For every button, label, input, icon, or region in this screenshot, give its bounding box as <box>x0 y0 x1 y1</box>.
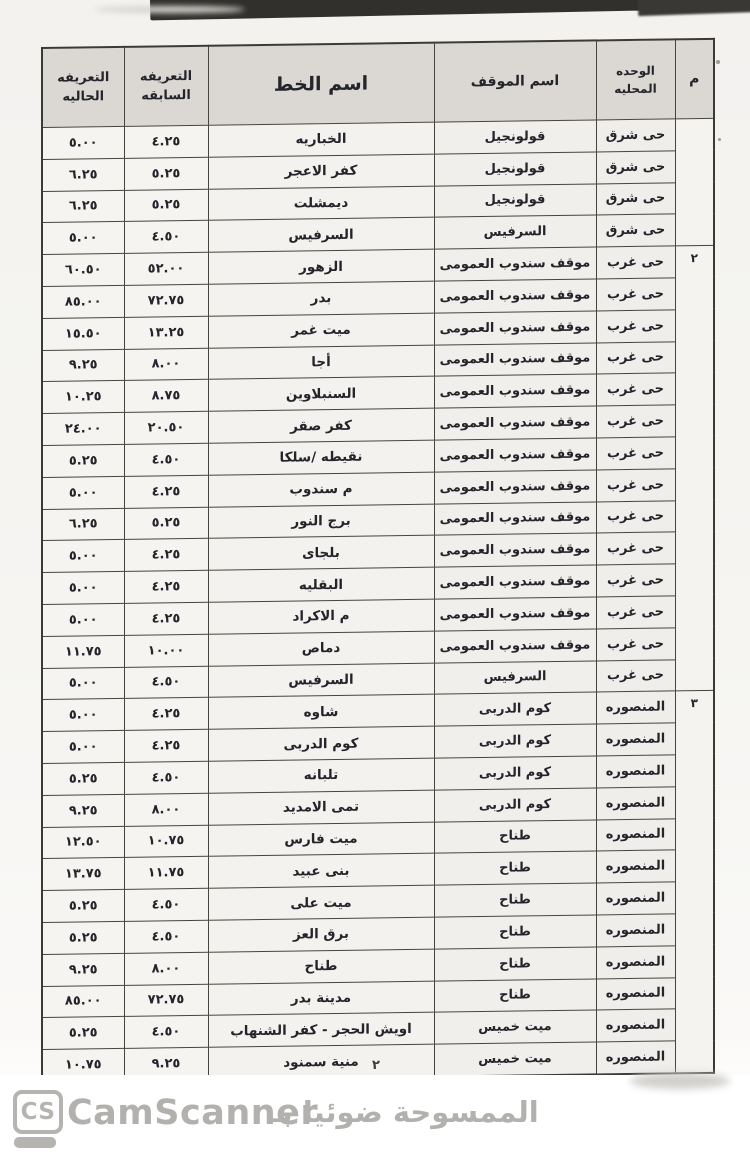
cell-stop-name: موقف سندوب العمومى <box>434 374 596 408</box>
cell-line-name: بلجاى <box>208 536 434 571</box>
cell-previous-tariff: ١١.٧٥ <box>124 857 208 890</box>
cell-local-unit: حى غرب <box>596 628 675 661</box>
cell-previous-tariff: ٤.٥٠ <box>124 888 208 921</box>
cell-stop-name: السرفيس <box>434 215 596 249</box>
cell-line-name: برق العز <box>208 917 434 952</box>
cell-stop-name: كوم الدربى <box>434 756 596 790</box>
cell-current-tariff: ٩.٢٥ <box>42 953 124 986</box>
cell-stop-name: طناح <box>434 851 596 885</box>
scan-smudge-top <box>95 6 245 13</box>
cell-local-unit: حى غرب <box>596 564 675 597</box>
cell-line-name: م سندوب <box>208 472 434 507</box>
cell-group-serial: ٣ <box>675 691 714 1074</box>
cell-local-unit: المنصوره <box>596 977 675 1010</box>
cell-previous-tariff: ١٠.٧٥ <box>124 825 208 858</box>
cell-stop-name: كوم الدربى <box>434 692 596 726</box>
cell-line-name: مدينة بدر <box>208 981 434 1016</box>
cell-current-tariff: ٦٠.٥٠ <box>42 254 124 287</box>
cell-stop-name: كوم الدربى <box>434 788 596 822</box>
cell-stop-name: موقف سندوب العمومى <box>434 565 596 599</box>
cell-line-name: بدر <box>208 281 434 316</box>
scanned-page: م الوحده المحليه اسم الموقف اسم الخط الت… <box>0 0 750 1152</box>
cell-previous-tariff: ٤.٢٥ <box>124 570 208 603</box>
cell-previous-tariff: ٤.٢٥ <box>124 475 208 508</box>
cell-current-tariff: ١٠.٢٥ <box>42 381 124 414</box>
cell-previous-tariff: ٤.٢٥ <box>124 698 208 731</box>
cell-line-name: ميت غمر <box>208 313 434 348</box>
header-stop-name: اسم الموقف <box>434 40 596 122</box>
cell-stop-name: موقف سندوب العمومى <box>434 470 596 504</box>
cell-previous-tariff: ٤.٥٠ <box>124 1016 208 1049</box>
header-line-name: اسم الخط <box>208 43 434 126</box>
cell-local-unit: حى شرق <box>596 214 675 247</box>
cell-current-tariff: ٦.٢٥ <box>42 158 124 191</box>
cell-current-tariff: ٥.٠٠ <box>42 476 124 509</box>
cell-stop-name: موقف سندوب العمومى <box>434 279 596 313</box>
watermark-arabic-text: الممسوحة ضوئيا بـ <box>272 1095 539 1129</box>
cell-current-tariff: ٥.٠٠ <box>42 731 124 764</box>
cell-previous-tariff: ٤.٥٠ <box>124 221 208 254</box>
cell-line-name: تمى الامديد <box>208 790 434 825</box>
cell-stop-name: موقف سندوب العمومى <box>434 629 596 663</box>
cell-line-name: دماص <box>208 631 434 666</box>
cell-stop-name: موقف سندوب العمومى <box>434 311 596 345</box>
cell-previous-tariff: ٥.٢٥ <box>124 507 208 540</box>
cell-local-unit: المنصوره <box>596 1041 675 1074</box>
cell-line-name: كفر صقر <box>208 408 434 443</box>
cell-current-tariff: ٦.٢٥ <box>42 190 124 223</box>
cell-local-unit: حى غرب <box>596 437 675 470</box>
cell-line-name: الزهور <box>208 249 434 284</box>
cell-line-name: ميت فارس <box>208 822 434 857</box>
cell-stop-name: ميت خميس <box>434 1042 596 1077</box>
cell-stop-name: كوم الدربى <box>434 724 596 758</box>
cell-line-name: كوم الدربى <box>208 726 434 761</box>
cell-stop-name: موقف سندوب العمومى <box>434 502 596 536</box>
cell-local-unit: حى غرب <box>596 659 675 692</box>
scanner-edge-corner <box>638 0 750 16</box>
header-serial: م <box>675 39 714 119</box>
cell-local-unit: حى غرب <box>596 469 675 502</box>
cell-current-tariff: ٥.٠٠ <box>42 603 124 636</box>
cell-stop-name: موقف سندوب العمومى <box>434 406 596 440</box>
cell-local-unit: حى غرب <box>596 596 675 629</box>
cell-local-unit: المنصوره <box>596 723 675 756</box>
cell-local-unit: المنصوره <box>596 946 675 979</box>
cell-line-name: السرفيس <box>208 218 434 253</box>
header-previous-tariff: التعريفه السابقه <box>124 46 208 127</box>
cell-local-unit: المنصوره <box>596 691 675 724</box>
scan-speck <box>716 60 720 64</box>
cell-current-tariff: ٥.٠٠ <box>42 126 124 159</box>
cell-stop-name: قولونجيل <box>434 184 596 218</box>
cell-line-name: ميت على <box>208 885 434 920</box>
cell-line-name: بنى عبيد <box>208 853 434 888</box>
cell-local-unit: المنصوره <box>596 1009 675 1042</box>
cell-previous-tariff: ٤.٢٥ <box>124 602 208 635</box>
page-number: ٢ <box>372 1058 380 1073</box>
scan-speck <box>718 138 721 141</box>
cell-current-tariff: ٥.٢٥ <box>42 921 124 954</box>
header-current-tariff: التعريفه الحاليه <box>42 47 124 128</box>
cell-current-tariff: ٢٤.٠٠ <box>42 413 124 446</box>
cell-line-name: كفر الاعجر <box>208 154 434 189</box>
cs-logo-box: CS <box>13 1090 63 1134</box>
cell-previous-tariff: ٥.٢٥ <box>124 157 208 190</box>
cs-logo-bar <box>14 1137 56 1148</box>
cell-local-unit: حى غرب <box>596 373 675 406</box>
cell-current-tariff: ٥.٠٠ <box>42 540 124 573</box>
cell-previous-tariff: ١٣.٢٥ <box>124 316 208 349</box>
cell-local-unit: المنصوره <box>596 755 675 788</box>
cell-local-unit: حى غرب <box>596 532 675 565</box>
cell-local-unit: المنصوره <box>596 914 675 947</box>
cell-stop-name: طناح <box>434 819 596 853</box>
cell-local-unit: حى غرب <box>596 246 675 279</box>
cell-current-tariff: ٥.٢٥ <box>42 1017 124 1050</box>
cell-current-tariff: ١٥.٥٠ <box>42 317 124 350</box>
scan-smudge-bottom <box>630 1073 730 1089</box>
cell-previous-tariff: ٤.٢٥ <box>124 125 208 158</box>
cell-current-tariff: ٩.٢٥ <box>42 794 124 827</box>
cell-stop-name: موقف سندوب العمومى <box>434 343 596 377</box>
cell-local-unit: حى غرب <box>596 341 675 374</box>
cell-stop-name: طناح <box>434 883 596 917</box>
cell-current-tariff: ٨٥.٠٠ <box>42 985 124 1018</box>
cell-stop-name: قولونجيل <box>434 152 596 186</box>
cell-local-unit: حى شرق <box>596 119 675 152</box>
cell-local-unit: حى غرب <box>596 310 675 343</box>
cell-current-tariff: ١٢.٥٠ <box>42 826 124 859</box>
camscanner-logo-icon: CS <box>13 1090 65 1148</box>
cell-line-name: الخباريه <box>208 122 434 157</box>
cell-previous-tariff: ٤.٢٥ <box>124 539 208 572</box>
cell-current-tariff: ٥.٠٠ <box>42 699 124 732</box>
cell-previous-tariff: ١٠.٠٠ <box>124 634 208 667</box>
cell-current-tariff: ٥.٢٥ <box>42 889 124 922</box>
cell-stop-name: طناح <box>434 978 596 1012</box>
cell-line-name: طناح <box>208 949 434 984</box>
camscanner-watermark-strip: CS CamScanner الممسوحة ضوئيا بـ <box>0 1075 750 1152</box>
cell-local-unit: حى شرق <box>596 151 675 184</box>
cell-previous-tariff: ٧٢.٧٥ <box>124 984 208 1017</box>
cell-stop-name: السرفيس <box>434 660 596 694</box>
cs-logo-text: CS <box>21 1099 56 1125</box>
cell-stop-name: طناح <box>434 947 596 981</box>
cell-current-tariff: ١١.٧٥ <box>42 635 124 668</box>
cell-line-name: برج النور <box>208 504 434 539</box>
cell-current-tariff: ٥.٢٥ <box>42 762 124 795</box>
cell-line-name: اويش الحجر - كفر الشنهاب <box>208 1012 434 1047</box>
cell-previous-tariff: ٤.٥٠ <box>124 920 208 953</box>
cell-stop-name: موقف سندوب العمومى <box>434 597 596 631</box>
cell-current-tariff: ٦.٢٥ <box>42 508 124 541</box>
cell-local-unit: المنصوره <box>596 882 675 915</box>
cell-current-tariff: ٥.٠٠ <box>42 667 124 700</box>
cell-local-unit: حى شرق <box>596 182 675 215</box>
cell-previous-tariff: ٥٢.٠٠ <box>124 252 208 285</box>
cell-current-tariff: ٥.٠٠ <box>42 572 124 605</box>
cell-local-unit: حى غرب <box>596 500 675 533</box>
tariff-table: م الوحده المحليه اسم الموقف اسم الخط الت… <box>41 38 715 1083</box>
cell-stop-name: قولونجيل <box>434 120 596 154</box>
cell-local-unit: حى غرب <box>596 278 675 311</box>
cell-previous-tariff: ٢٠.٥٠ <box>124 411 208 444</box>
cell-group-serial <box>675 118 714 246</box>
cell-current-tariff: ٥.٠٠ <box>42 222 124 255</box>
cell-line-name: السنبلاوين <box>208 377 434 412</box>
cell-stop-name: موقف سندوب العمومى <box>434 247 596 281</box>
table-header-row: م الوحده المحليه اسم الموقف اسم الخط الت… <box>42 39 714 128</box>
cell-previous-tariff: ٧٢.٧٥ <box>124 284 208 317</box>
cell-stop-name: ميت خميس <box>434 1010 596 1044</box>
cell-previous-tariff: ٨.٠٠ <box>124 348 208 381</box>
cell-line-name: تلبانه <box>208 758 434 793</box>
cell-current-tariff: ٥.٢٥ <box>42 444 124 477</box>
cell-line-name: البقليه <box>208 567 434 602</box>
tariff-table-wrapper: م الوحده المحليه اسم الموقف اسم الخط الت… <box>41 38 713 1083</box>
cell-local-unit: المنصوره <box>596 787 675 820</box>
cell-previous-tariff: ٤.٥٠ <box>124 761 208 794</box>
cell-line-name: شاوه <box>208 694 434 729</box>
cell-stop-name: موقف سندوب العمومى <box>434 533 596 567</box>
cell-local-unit: المنصوره <box>596 850 675 883</box>
cell-previous-tariff: ٨.٧٥ <box>124 380 208 413</box>
header-local-unit: الوحده المحليه <box>596 39 675 120</box>
cell-line-name: ديمشلت <box>208 186 434 221</box>
cell-line-name: أجا <box>208 345 434 380</box>
cell-previous-tariff: ٥.٢٥ <box>124 189 208 222</box>
cell-previous-tariff: ٤.٢٥ <box>124 729 208 762</box>
cell-line-name: السرفيس <box>208 663 434 698</box>
cell-previous-tariff: ٤.٥٠ <box>124 443 208 476</box>
cell-previous-tariff: ٨.٠٠ <box>124 793 208 826</box>
cell-group-serial: ٢ <box>675 246 714 692</box>
cell-current-tariff: ١٣.٧٥ <box>42 858 124 891</box>
cell-local-unit: حى غرب <box>596 405 675 438</box>
cell-previous-tariff: ٨.٠٠ <box>124 952 208 985</box>
cell-local-unit: المنصوره <box>596 818 675 851</box>
cell-current-tariff: ٨٥.٠٠ <box>42 285 124 318</box>
cell-line-name: نقيطه /سلكا <box>208 440 434 475</box>
cell-stop-name: طناح <box>434 915 596 949</box>
cell-stop-name: موقف سندوب العمومى <box>434 438 596 472</box>
cell-line-name: م الاكراد <box>208 599 434 634</box>
cell-previous-tariff: ٤.٥٠ <box>124 666 208 699</box>
cell-current-tariff: ٩.٢٥ <box>42 349 124 382</box>
